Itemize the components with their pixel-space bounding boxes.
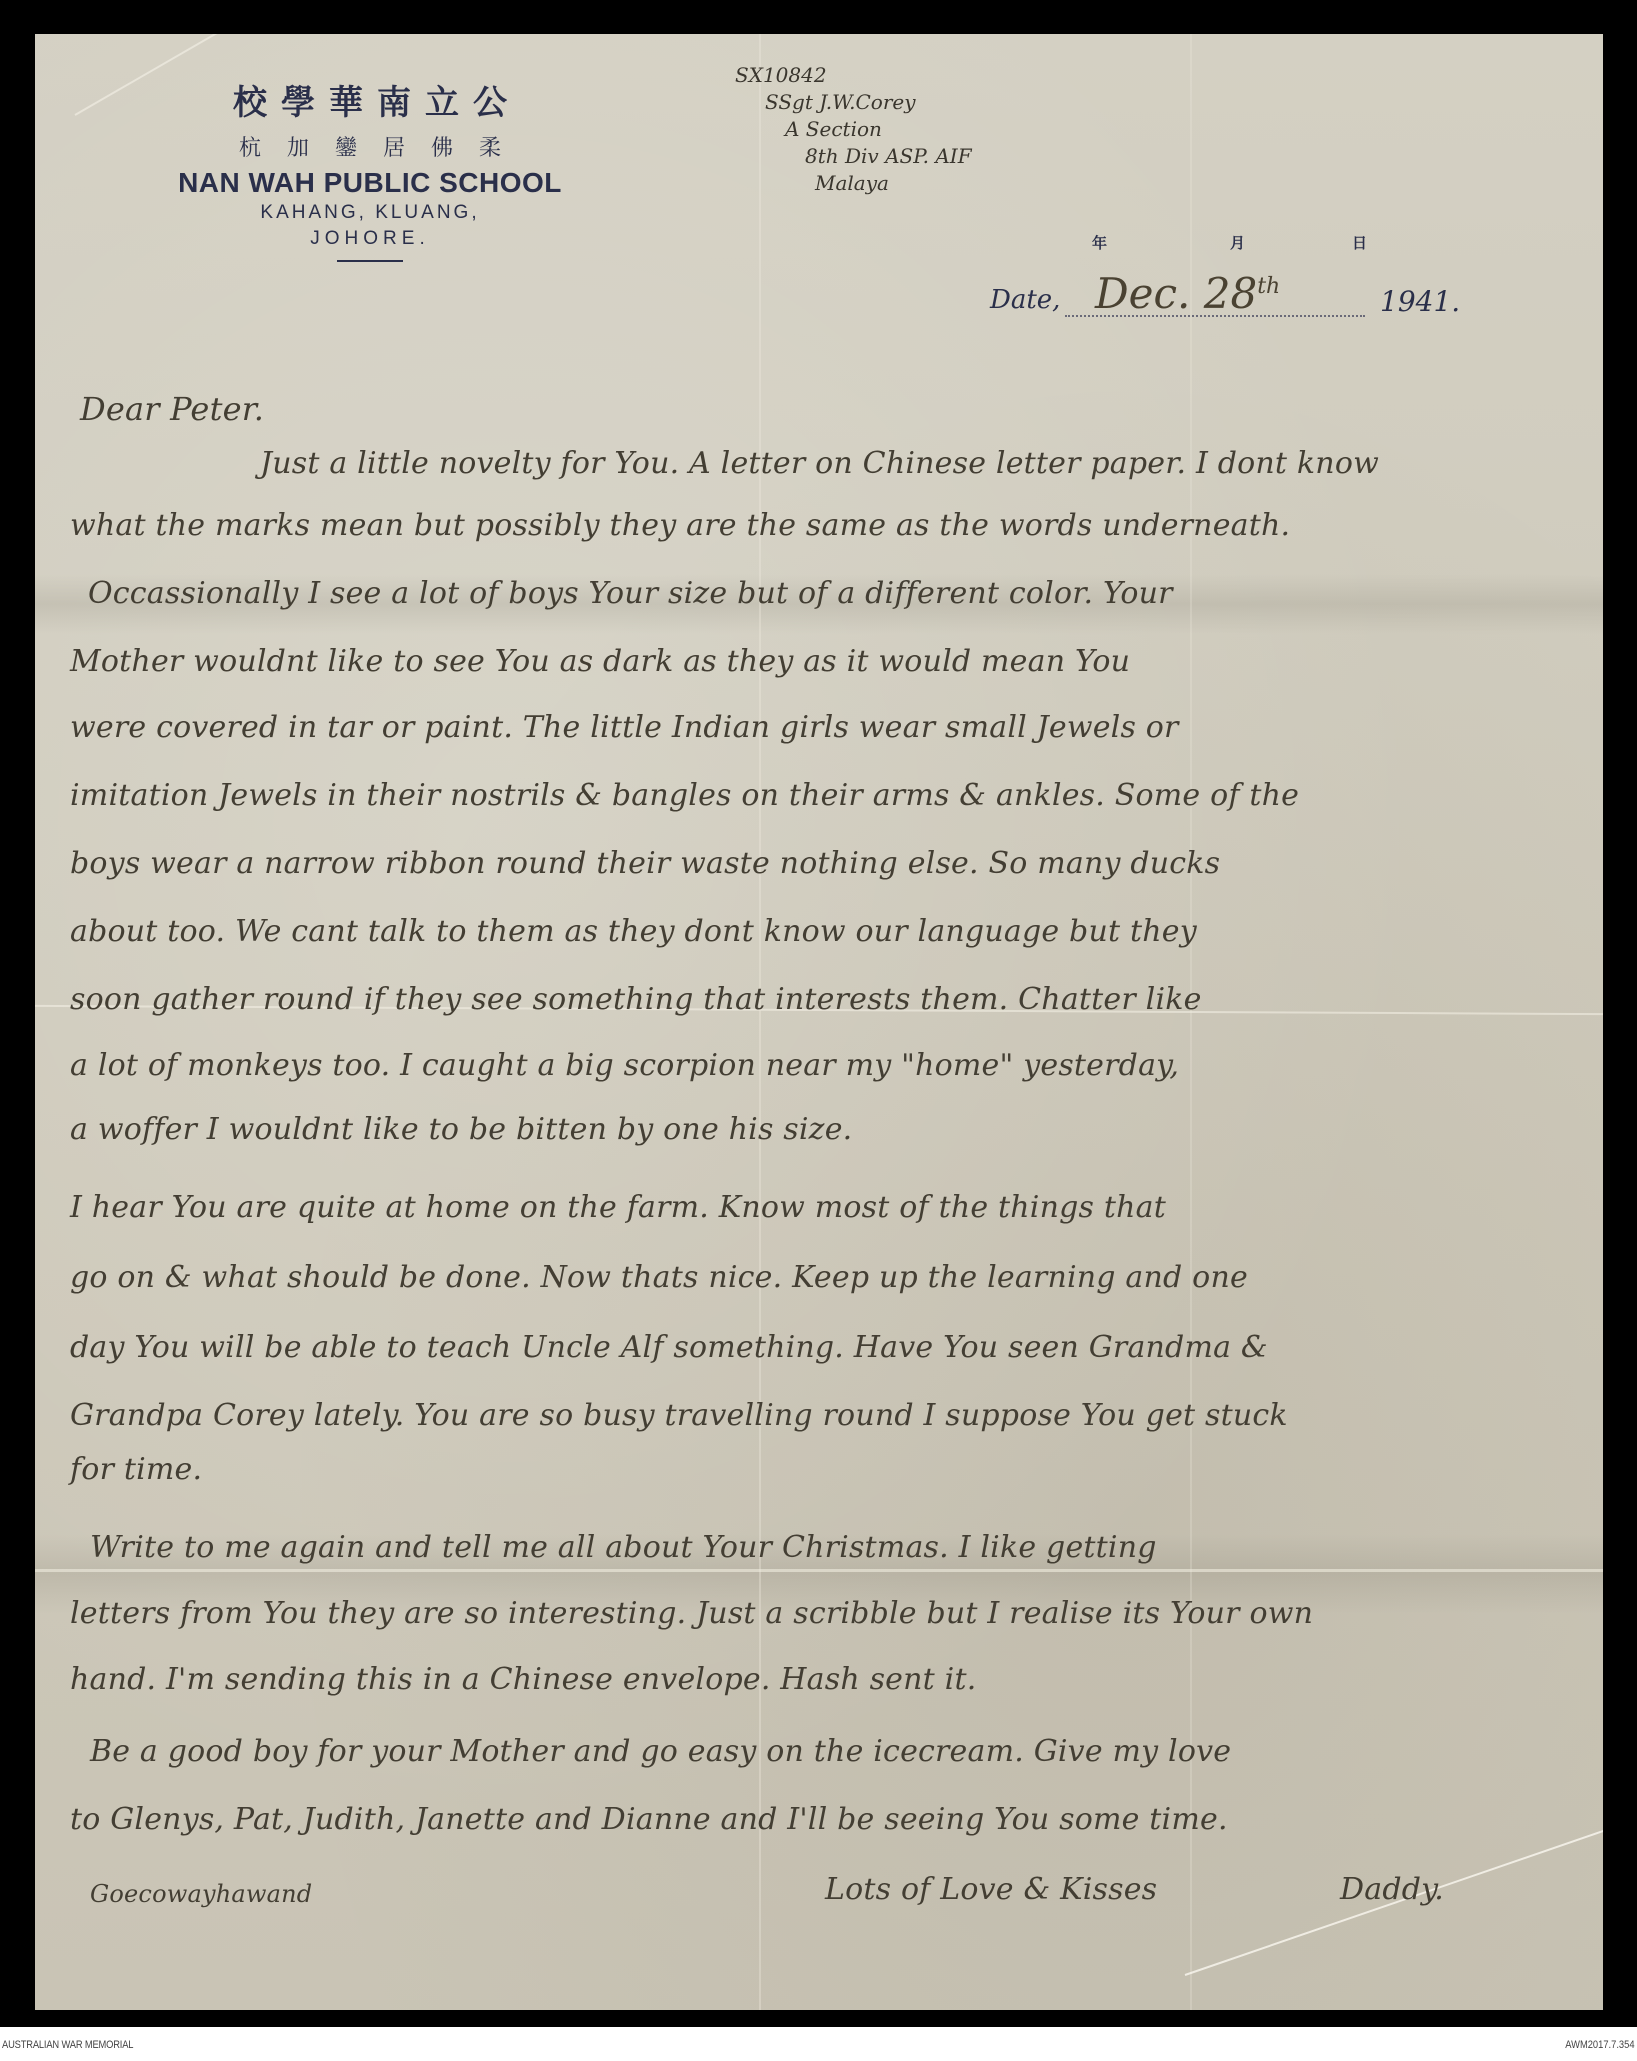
closing: Lots of Love & Kisses [825, 1872, 1157, 1907]
date-cn-month: 月 [1230, 232, 1245, 253]
signature: Daddy. [1340, 1872, 1444, 1907]
letterhead-school-name: NAN WAH PUBLIC SCHOOL [150, 166, 590, 200]
letter-line: Mother wouldnt like to see You as dark a… [70, 644, 1130, 679]
letter-line: to Glenys, Pat, Judith, Janette and Dian… [70, 1802, 1228, 1837]
date-field: Date, Dec. 28th 1941. [990, 285, 1430, 325]
archive-footer: AUSTRALIAN WAR MEMORIAL AWM2017.7.354 [0, 2027, 1637, 2061]
letter-line: were covered in tar or paint. The little… [70, 710, 1179, 745]
letter-line: what the marks mean but possibly they ar… [70, 508, 1290, 543]
footer-institution: AUSTRALIAN WAR MEMORIAL [2, 2039, 133, 2051]
date-handwritten: Dec. 28th [1095, 269, 1280, 318]
letter-line: a woffer I wouldnt like to be bitten by … [70, 1112, 852, 1147]
fold-crease [35, 1569, 1603, 1572]
letter-line: for time. [70, 1452, 202, 1487]
date-day-month: Dec. 28 [1095, 269, 1257, 318]
date-label: Date, [990, 285, 1060, 315]
salutation: Dear Peter. [80, 390, 264, 428]
letter-line: Be a good boy for your Mother and go eas… [90, 1734, 1231, 1769]
sender-annotation: SX10842 SSgt J.W.Corey A Section 8th Div… [735, 62, 972, 197]
school-letterhead: 公立南華學校 柔佛居鑾加杭 NAN WAH PUBLIC SCHOOL KAHA… [150, 80, 590, 262]
letterhead-rule [337, 260, 403, 262]
annotation-line: 8th Div ASP. AIF [805, 143, 972, 170]
footer-accession-number: AWM2017.7.354 [1566, 2039, 1635, 2051]
letterhead-state: JOHORE. [150, 226, 590, 252]
letter-line: a lot of monkeys too. I caught a big sco… [70, 1048, 1179, 1083]
letterhead-chinese-address: 柔佛居鑾加杭 [176, 132, 590, 166]
letter-sheet [35, 34, 1603, 2010]
date-suffix: th [1257, 274, 1280, 299]
letter-line: hand. I'm sending this in a Chinese enve… [70, 1662, 976, 1697]
annotation-line: Malaya [815, 170, 972, 197]
annotation-line: SSgt J.W.Corey [765, 89, 972, 116]
date-year: 1941. [1380, 285, 1460, 318]
fold-crease [759, 34, 761, 2010]
letter-line: boys wear a narrow ribbon round their wa… [70, 846, 1220, 881]
letter-line: about too. We cant talk to them as they … [70, 914, 1197, 949]
letter-line: soon gather round if they see something … [70, 982, 1202, 1017]
annotation-line: A Section [785, 116, 972, 143]
annotation-line: SX10842 [735, 62, 972, 89]
letter-line: Write to me again and tell me all about … [90, 1530, 1157, 1565]
letter-line: Just a little novelty for You. A letter … [260, 446, 1379, 481]
date-cn-year: 年 [1092, 232, 1107, 253]
letter-line: Occassionally I see a lot of boys Your s… [88, 576, 1173, 611]
fold-crease [1190, 34, 1192, 2010]
letter-line: go on & what should be done. Now thats n… [70, 1260, 1248, 1295]
letterhead-town: KAHANG, KLUANG, [150, 200, 590, 226]
letter-line: day You will be able to teach Uncle Alf … [70, 1330, 1268, 1365]
letterhead-chinese-name: 公立南華學校 [164, 80, 590, 126]
date-cn-day: 日 [1352, 232, 1367, 253]
margin-note: Goecowayhawand [90, 1880, 312, 1908]
letter-line: Grandpa Corey lately. You are so busy tr… [70, 1398, 1288, 1433]
letter-line: I hear You are quite at home on the farm… [70, 1190, 1166, 1225]
letter-line: letters from You they are so interesting… [70, 1596, 1313, 1631]
letter-line: imitation Jewels in their nostrils & ban… [70, 778, 1299, 813]
